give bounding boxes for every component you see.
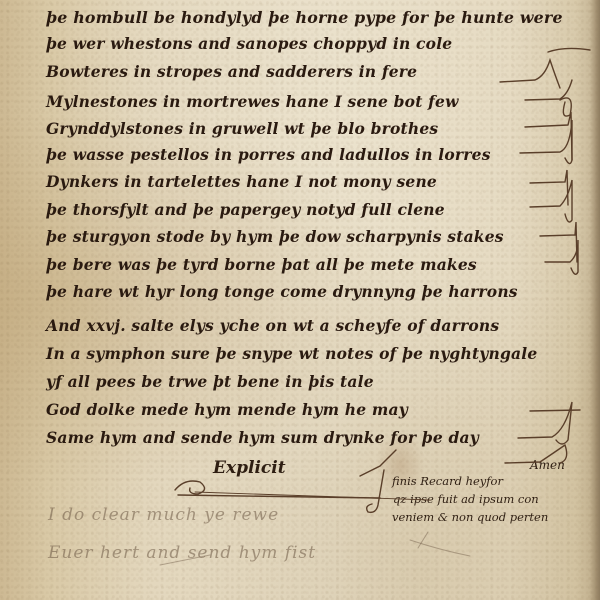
margin-flourish	[548, 48, 590, 52]
text-line: Same hym and sende hym sum drynke for þe…	[46, 428, 479, 447]
text-line: God dolke mede hym mende hym he may	[46, 400, 408, 419]
latin-note-line: finis Recard heyfor	[392, 474, 503, 488]
latin-note-line: veniem & non quod perten	[392, 510, 548, 524]
text-line: In a symphon sure þe snype wt notes of þ…	[46, 344, 537, 363]
text-line: þe wasse pestellos in porres and ladullo…	[46, 145, 491, 164]
text-line: þe sturgyon stode by hym þe dow scharpyn…	[46, 227, 504, 246]
page-gutter-edge	[590, 0, 600, 600]
manuscript-page: þe hombull be hondylyd þe horne pype for…	[0, 0, 600, 600]
text-line: Dynkers in tartelettes hane I not mony s…	[46, 172, 437, 191]
latin-note-line: qz ipse fuit ad ipsum con	[393, 492, 539, 506]
amen-label: Amen	[530, 458, 565, 472]
text-line: þe thorsfylt and þe papergey notyd full …	[46, 200, 445, 219]
text-line: þe wer whestons and sanopes choppyd in c…	[46, 34, 452, 53]
text-line: þe hare wt hyr long tonge come drynnyng …	[46, 282, 518, 301]
text-line: Bowteres in stropes and sadderers in fer…	[46, 62, 417, 81]
explicit-label: Explicit	[213, 458, 286, 478]
later-hand-line: I do clear much ye rewe	[48, 505, 279, 525]
text-line: yf all pees be trwe þt bene in þis tale	[46, 372, 374, 391]
text-line: Mylnestones in mortrewes hane I sene bot…	[46, 92, 459, 111]
text-line: þe bere was þe tyrd borne þat all þe met…	[46, 255, 477, 274]
later-hand-line: Euer hert and send hym fist	[48, 543, 316, 563]
text-line: þe hombull be hondylyd þe horne pype for…	[46, 8, 563, 27]
text-line: Grynddylstones in gruwell wt þe blo brot…	[46, 119, 438, 138]
text-line: And xxvj. salte elys yche on wt a scheyf…	[46, 316, 499, 335]
